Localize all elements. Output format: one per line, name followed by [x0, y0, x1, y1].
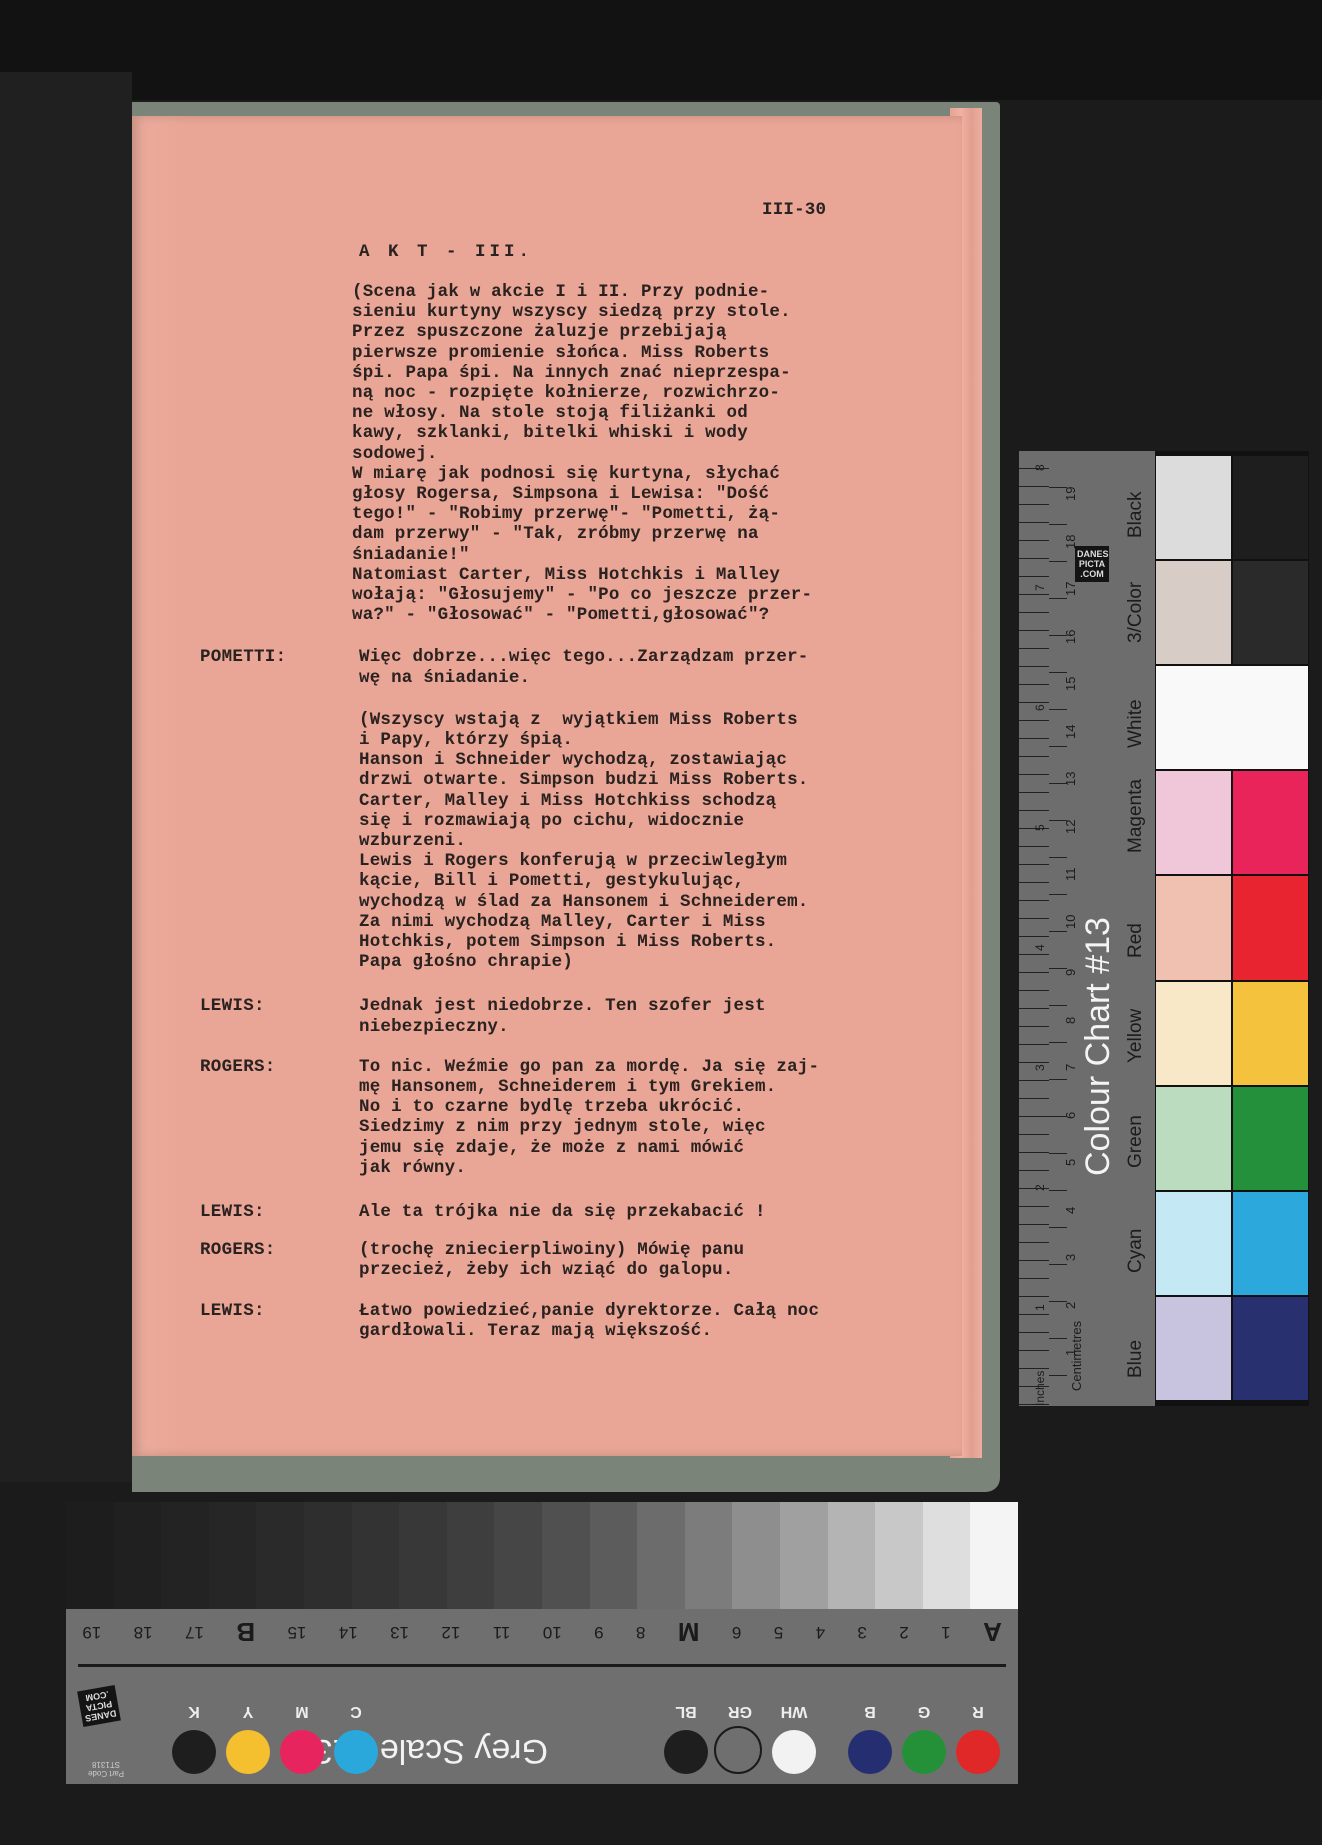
grey-step: [875, 1502, 923, 1609]
swatch-red-light: [1155, 875, 1232, 980]
cm-mark: 12: [1063, 819, 1078, 833]
swatch-cyan-light: [1155, 1191, 1232, 1296]
inch-mark: 5: [1033, 824, 1047, 831]
scale-label: 10: [543, 1622, 562, 1642]
dialogue-line: Ale ta trójka nie da się przekabacić !: [359, 1202, 766, 1222]
cm-mark: 7: [1063, 1064, 1078, 1071]
centimetres-label: Centimetres: [1069, 1321, 1084, 1391]
swatch-3-color-dark: [1232, 560, 1309, 665]
swatch-white: [1155, 665, 1309, 770]
cm-mark: 19: [1063, 487, 1078, 501]
backing-board: [0, 72, 132, 1482]
scale-label: 15: [287, 1622, 306, 1642]
cm-mark: 5: [1063, 1159, 1078, 1166]
scale-label: 6: [732, 1622, 741, 1642]
dot-label: C: [334, 1702, 378, 1720]
scale-label: 5: [774, 1622, 783, 1642]
scale-label: 17: [185, 1622, 204, 1642]
grey-step: [494, 1502, 542, 1609]
dot-label: M: [280, 1702, 324, 1720]
swatch-3-color-light: [1155, 560, 1232, 665]
grey-step: [923, 1502, 971, 1609]
scale-label: 11: [493, 1622, 511, 1642]
patch-label: Blue: [1125, 1340, 1147, 1378]
dot-bl: [664, 1730, 708, 1774]
grey-step: [161, 1502, 209, 1609]
scale-label: 12: [441, 1622, 460, 1642]
grey-step: [256, 1502, 304, 1609]
patch-label: Green: [1125, 1115, 1147, 1168]
cm-mark: 6: [1063, 1111, 1078, 1118]
stage-direction: (Wszyscy wstają z wyjątkiem Miss Roberts…: [359, 710, 808, 973]
cm-mark: 11: [1063, 868, 1078, 882]
patch-label: 3/Color: [1125, 581, 1147, 642]
grey-steps: [66, 1502, 1018, 1609]
swatch-black-light: [1155, 455, 1232, 560]
grey-step: [828, 1502, 876, 1609]
speaker-label: LEWIS:: [200, 996, 265, 1016]
dot-g: [902, 1730, 946, 1774]
page-number: III-30: [762, 200, 826, 220]
swatch-yellow-dark: [1232, 981, 1309, 1086]
colour-chart-title: Colour Chart #13: [1079, 917, 1118, 1176]
patch-label: Red: [1125, 923, 1147, 958]
scale-label: 18: [134, 1622, 153, 1642]
cm-mark: 8: [1063, 1016, 1078, 1023]
cm-mark: 17: [1063, 582, 1078, 596]
grey-step: [399, 1502, 447, 1609]
swatch-blue-dark: [1232, 1296, 1309, 1401]
grey-step: [542, 1502, 590, 1609]
scale-label: 1: [941, 1622, 950, 1642]
cm-mark: 14: [1063, 724, 1078, 738]
colour-chart: 1234567891011121314151617181912345678 In…: [1019, 451, 1309, 1406]
inches-label: Inches: [1033, 1371, 1047, 1406]
dot-label: Y: [226, 1702, 270, 1720]
cm-mark: 9: [1063, 969, 1078, 976]
dot-b: [848, 1730, 892, 1774]
inch-ticks: [1019, 451, 1049, 1406]
scale-label: 13: [390, 1622, 409, 1642]
dot-label: G: [902, 1702, 946, 1720]
speaker-label: ROGERS:: [200, 1240, 276, 1260]
scale-label: B: [236, 1617, 255, 1648]
dialogue-line: To nic. Weźmie go pan za mordę. Ja się z…: [359, 1057, 819, 1178]
divider-line: [78, 1664, 1006, 1667]
swatch-cyan-dark: [1232, 1191, 1309, 1296]
grey-step: [447, 1502, 495, 1609]
dot-c: [334, 1730, 378, 1774]
dialogue-line: Więc dobrze...więc tego...Zarządzam prze…: [359, 647, 808, 687]
inch-mark: 2: [1033, 1184, 1047, 1191]
dot-label: BL: [664, 1702, 708, 1720]
swatch-green-light: [1155, 1086, 1232, 1191]
cm-mark: 2: [1063, 1301, 1078, 1308]
inch-mark: 7: [1033, 584, 1047, 591]
swatch-yellow-light: [1155, 981, 1232, 1086]
swatch-red-dark: [1232, 875, 1309, 980]
grey-scale-labels: A123456M89101112131415B171819: [66, 1614, 1018, 1650]
swatch-green-dark: [1232, 1086, 1309, 1191]
grey-step: [66, 1502, 114, 1609]
grey-step: [637, 1502, 685, 1609]
swatch-magenta-light: [1155, 770, 1232, 875]
scale-label: 2: [899, 1622, 908, 1642]
speaker-label: LEWIS:: [200, 1202, 265, 1222]
cm-mark: 10: [1063, 914, 1078, 928]
scale-label: 19: [82, 1622, 101, 1642]
grey-step: [685, 1502, 733, 1609]
dot-label: B: [848, 1702, 892, 1720]
cm-mark: 15: [1063, 677, 1078, 691]
dot-gr: [714, 1726, 762, 1774]
swatch-magenta-dark: [1232, 770, 1309, 875]
swatch-blue-light: [1155, 1296, 1232, 1401]
inch-mark: 3: [1033, 1064, 1047, 1071]
scale-label: M: [678, 1617, 700, 1648]
grey-step: [970, 1502, 1018, 1609]
dot-label: GR: [718, 1702, 762, 1720]
scale-label: 9: [594, 1622, 603, 1642]
swatch-black-dark: [1232, 455, 1309, 560]
scale-label: 4: [816, 1622, 825, 1642]
dialogue-line: Jednak jest niedobrze. Ten szofer jest n…: [359, 996, 766, 1036]
patch-label: Yellow: [1125, 1009, 1147, 1063]
inch-mark: 1: [1033, 1304, 1047, 1311]
patch-label: White: [1125, 699, 1147, 748]
dot-m: [280, 1730, 324, 1774]
inch-mark: 6: [1033, 704, 1047, 711]
scale-label: A: [983, 1617, 1002, 1648]
danes-picta-logo: DANESPICTA.COM: [77, 1685, 121, 1727]
dot-y: [226, 1730, 270, 1774]
scale-label: 3: [857, 1622, 866, 1642]
patch-label: Cyan: [1125, 1229, 1147, 1273]
cm-mark: 13: [1063, 772, 1078, 786]
dot-label: K: [172, 1702, 216, 1720]
grey-step: [732, 1502, 780, 1609]
grey-step: [114, 1502, 162, 1609]
act-title: A K T - III.: [359, 242, 533, 262]
cm-mark: 16: [1063, 629, 1078, 643]
dot-label: WH: [772, 1702, 816, 1720]
inch-mark: 4: [1033, 944, 1047, 951]
dot-wh: [772, 1730, 816, 1774]
part-code: Part CodeST1318: [88, 1760, 124, 1778]
dialogue-line: Łatwo powiedzieć,panie dyrektorze. Całą …: [359, 1301, 819, 1341]
grey-scale-card: A123456M89101112131415B171819 Grey Scale…: [66, 1502, 1018, 1784]
patch-label: Magenta: [1125, 779, 1147, 853]
dialogue-line: (trochę zniecierpliwoiny) Mówię panu prz…: [359, 1240, 744, 1280]
grey-step: [352, 1502, 400, 1609]
scale-label: 8: [636, 1622, 645, 1642]
speaker-label: ROGERS:: [200, 1057, 276, 1077]
dot-r: [956, 1730, 1000, 1774]
danes-picta-logo: DANESPICTA.COM: [1075, 546, 1109, 582]
stage-direction: (Scena jak w akcie I i II. Przy podnie- …: [352, 282, 812, 625]
dot-label: R: [956, 1702, 1000, 1720]
grey-step: [590, 1502, 638, 1609]
inch-mark: 8: [1033, 464, 1047, 471]
grey-step: [780, 1502, 828, 1609]
scale-label: 14: [339, 1622, 358, 1642]
dot-k: [172, 1730, 216, 1774]
colour-dots: Grey Scale #13 RGBWHGRBLCMYK: [66, 1682, 1018, 1782]
ruler: 1234567891011121314151617181912345678 In…: [1019, 451, 1155, 1406]
grey-step: [304, 1502, 352, 1609]
background-top: [0, 0, 1322, 100]
speaker-label: POMETTI:: [200, 647, 286, 667]
patch-label: Black: [1125, 491, 1147, 537]
speaker-label: LEWIS:: [200, 1301, 265, 1321]
cm-mark: 4: [1063, 1206, 1078, 1213]
cm-mark: 3: [1063, 1254, 1078, 1261]
grey-step: [209, 1502, 257, 1609]
